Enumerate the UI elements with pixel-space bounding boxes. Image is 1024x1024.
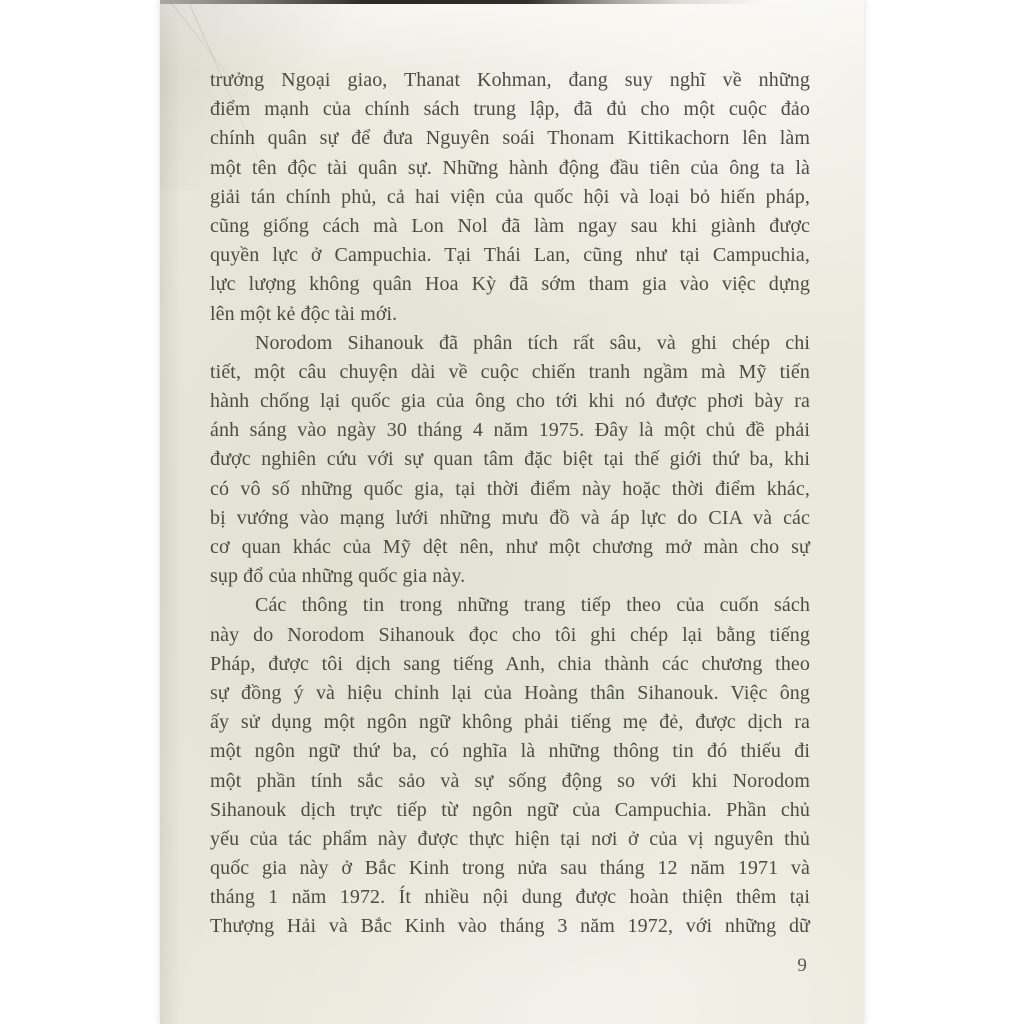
text-line: được nghiên cứu với sự quan tâm đặc biệt… bbox=[210, 445, 810, 474]
text-line: yếu của tác phẩm này được thực hiện tại … bbox=[210, 825, 810, 854]
text-line: chính quân sự để đưa Nguyên soái Thonam … bbox=[210, 124, 810, 153]
text-line: Pháp, được tôi dịch sang tiếng Anh, chia… bbox=[210, 650, 810, 679]
text-line: có vô số những quốc gia, tại thời điểm n… bbox=[210, 475, 810, 504]
text-line: Thượng Hải và Bắc Kinh vào tháng 3 năm 1… bbox=[210, 912, 810, 941]
text-line: một phần tính sắc sảo và sự sống động so… bbox=[210, 767, 810, 796]
body-text-block: trưởng Ngoại giao, Thanat Kohman, đang s… bbox=[210, 0, 810, 980]
text-line: một tên độc tài quân sự. Những hành động… bbox=[210, 154, 810, 183]
text-line: Các thông tin trong những trang tiếp the… bbox=[210, 591, 810, 620]
text-line: ấy sử dụng một ngôn ngữ không phải tiếng… bbox=[210, 708, 810, 737]
text-line: Norodom Sihanouk đã phân tích rất sâu, v… bbox=[210, 329, 810, 358]
scan-viewer-canvas: trưởng Ngoại giao, Thanat Kohman, đang s… bbox=[0, 0, 1024, 1024]
text-line: quyền lực ở Campuchia. Tại Thái Lan, cũn… bbox=[210, 241, 810, 270]
text-line: điểm mạnh của chính sách trung lập, đã đ… bbox=[210, 95, 810, 124]
text-line: một ngôn ngữ thứ ba, có nghĩa là những t… bbox=[210, 737, 810, 766]
text-line: cơ quan khác của Mỹ dệt nên, như một chư… bbox=[210, 533, 810, 562]
text-line: Sihanouk dịch trực tiếp từ ngôn ngữ của … bbox=[210, 796, 810, 825]
text-line: hành chống lại quốc gia của ông cho tới … bbox=[210, 387, 810, 416]
text-line: trưởng Ngoại giao, Thanat Kohman, đang s… bbox=[210, 66, 810, 95]
text-line: cũng giống cách mà Lon Nol đã làm ngay s… bbox=[210, 212, 810, 241]
text-line: giải tán chính phủ, cả hai viện của quốc… bbox=[210, 183, 810, 212]
page-number-label: 9 bbox=[210, 951, 810, 980]
text-line: ánh sáng vào ngày 30 tháng 4 năm 1975. Đ… bbox=[210, 416, 810, 445]
text-line: lên một kẻ độc tài mới. bbox=[210, 300, 810, 329]
text-line: tháng 1 năm 1972. Ít nhiều nội dung được… bbox=[210, 883, 810, 912]
text-line: sự đồng ý và hiệu chỉnh lại của Hoàng th… bbox=[210, 679, 810, 708]
text-line: bị vướng vào mạng lưới những mưu đồ và á… bbox=[210, 504, 810, 533]
text-line: sụp đổ của những quốc gia này. bbox=[210, 562, 810, 591]
text-line: lực lượng không quân Hoa Kỳ đã sớm tham … bbox=[210, 270, 810, 299]
text-line: quốc gia này ở Bắc Kinh trong nửa sau th… bbox=[210, 854, 810, 883]
text-line: này do Norodom Sihanouk đọc cho tôi ghi … bbox=[210, 621, 810, 650]
book-page: trưởng Ngoại giao, Thanat Kohman, đang s… bbox=[160, 0, 864, 1024]
text-line: tiết, một câu chuyện dài về cuộc chiến t… bbox=[210, 358, 810, 387]
